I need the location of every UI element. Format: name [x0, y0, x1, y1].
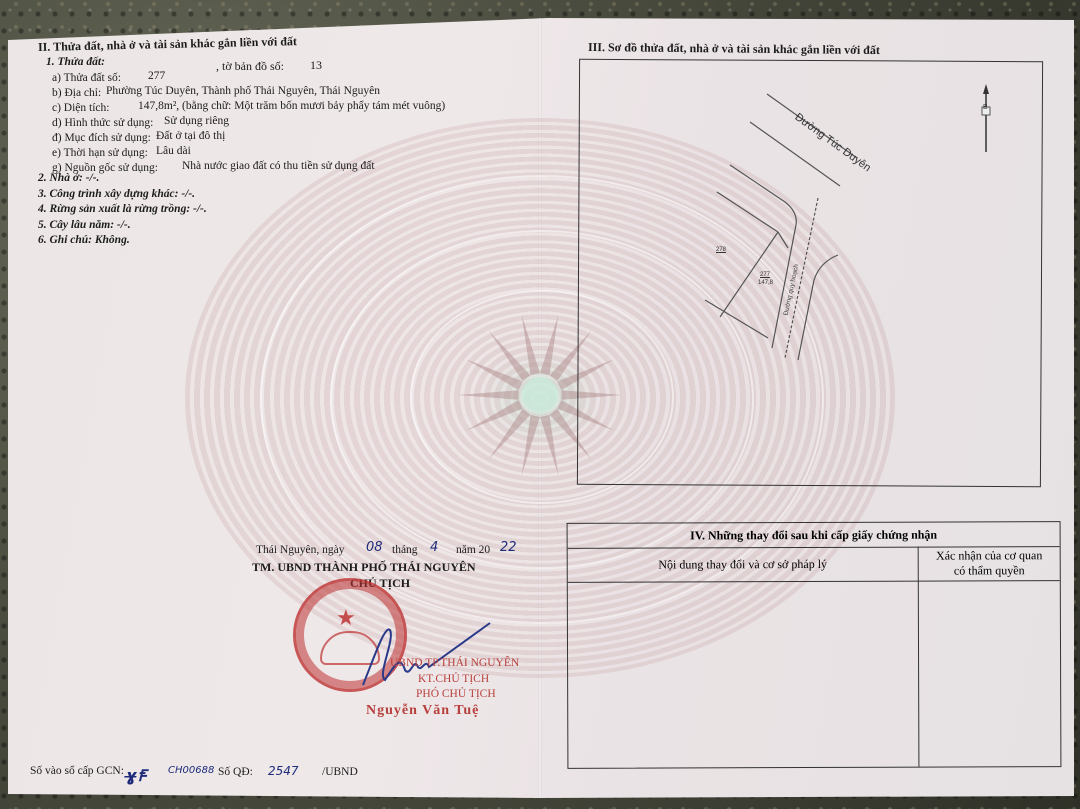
place-date-prefix: Thái Nguyên, ngày — [256, 544, 344, 556]
land-heading: 1. Thửa đất: — [46, 56, 105, 68]
qd-label: Số QĐ: — [218, 766, 253, 778]
field-label: đ) Mục đích sử dụng: — [52, 132, 151, 144]
section-3-title: III. Sơ đồ thửa đất, nhà ở và tài sản kh… — [588, 40, 880, 58]
col-authority-confirmation: Xác nhận của cơ quan có thẩm quyền — [919, 546, 1060, 580]
gcn-label: Số vào sổ cấp GCN: — [30, 765, 124, 777]
parcel-number: 277 — [760, 272, 770, 278]
col-change-content: Nội dung thay đổi và cơ sở pháp lý — [568, 547, 919, 582]
qd-value: 2547 — [268, 764, 299, 778]
gcn-prefix-handwritten: ɣ̶Ꞙ — [126, 764, 146, 786]
field-value: Lâu dài — [156, 145, 191, 157]
authority-title: TM. UBND THÀNH PHỐ THÁI NGUYÊN — [252, 560, 476, 575]
col2-line1: Xác nhận của cơ quan — [919, 548, 1060, 563]
qd-suffix: /UBND — [322, 766, 358, 778]
field-label: e) Thời hạn sử dụng: — [52, 147, 148, 159]
parcel-area: 147,8 — [758, 280, 773, 286]
field-value: 147,8m², (bằng chữ: Một trăm bốn mươi bả… — [138, 100, 445, 112]
year-label: năm 20 — [456, 544, 490, 556]
stamp-line: PHÓ CHỦ TỊCH — [416, 688, 496, 700]
item-line: 5. Cây lâu năm: -/-. — [38, 219, 131, 231]
field-value: Đất ở tại đô thị — [156, 130, 225, 142]
col2-line2: có thẩm quyền — [919, 563, 1060, 578]
month-label: tháng — [392, 544, 418, 556]
item-line: 3. Công trình xây dựng khác: -/-. — [38, 188, 195, 200]
changes-table: IV. Những thay đổi sau khi cấp giấy chứn… — [567, 521, 1062, 769]
item-line: 4. Rừng sản xuất là rừng trồng: -/-. — [38, 203, 207, 215]
neighbor-parcel: 278 — [716, 247, 726, 253]
field-label: a) Thửa đất số: — [52, 72, 121, 84]
field-value: Sử dụng riêng — [164, 115, 229, 127]
field-label: b) Địa chỉ: — [52, 87, 101, 99]
changes-table-header: Nội dung thay đổi và cơ sở pháp lý Xác n… — [568, 546, 1060, 583]
signer-name: Nguyễn Văn Tuệ — [366, 703, 479, 719]
section-4-title: IV. Những thay đổi sau khi cấp giấy chứn… — [568, 522, 1060, 549]
field-label: c) Diện tích: — [52, 102, 109, 114]
date-month: 4 — [430, 540, 438, 555]
table-column-divider — [918, 581, 920, 767]
north-arrow-icon — [983, 84, 989, 94]
date-day: 08 — [366, 540, 383, 555]
parcel-diagram — [690, 80, 1010, 360]
field-value: 277 — [148, 70, 165, 82]
field-value: Nhà nước giao đất có thu tiền sử dụng đấ… — [182, 160, 375, 172]
stamp-line: KT.CHỦ TỊCH — [418, 673, 489, 685]
field-value: Phường Túc Duyên, Thành phố Thái Nguyên,… — [106, 85, 380, 97]
item-line: 2. Nhà ở: -/-. — [38, 172, 99, 184]
stamp-line: UBND TP.THÁI NGUYÊN — [390, 657, 519, 669]
item-line: 6. Ghi chú: Không. — [38, 234, 130, 246]
gcn-value: CH00688 — [168, 765, 214, 776]
map-sheet-value: 13 — [310, 58, 322, 73]
date-year-suffix: 22 — [500, 540, 517, 555]
map-sheet-label: , tờ bản đồ số: — [216, 59, 284, 74]
star-icon: ★ — [336, 605, 356, 631]
field-label: d) Hình thức sử dụng: — [52, 117, 153, 129]
north-label: B — [983, 104, 988, 111]
